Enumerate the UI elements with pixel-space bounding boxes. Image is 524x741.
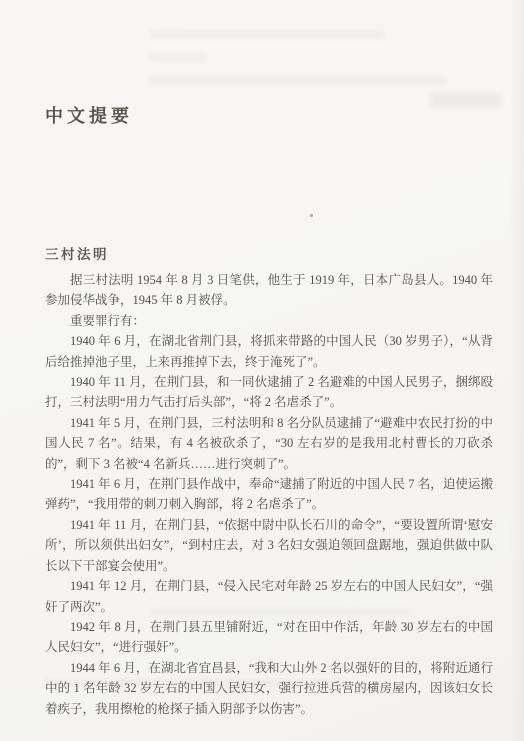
bleedthrough-text xyxy=(150,30,385,39)
abstract-body: 据三村法明 1954 年 8 月 3 日笔供，他生于 1919 年，日本广岛县人… xyxy=(45,270,493,719)
paragraph-1941-11: 1941 年 11 月，在荆门县，“依据中尉中队长石川的命令”，“要设置所谓‘慰… xyxy=(45,515,493,576)
document-page: 中文提要 三村法明 据三村法明 1954 年 8 月 3 日笔供，他生于 191… xyxy=(0,0,524,741)
paragraph-lead-in: 重要罪行有： xyxy=(45,311,493,331)
bleedthrough-text xyxy=(148,53,208,61)
paragraph-1944-06: 1944 年 6 月，在湖北省宜昌县，“我和大山外 2 名以强奸的目的，将附近通… xyxy=(45,658,493,719)
bleedthrough-text xyxy=(148,76,448,85)
paragraph-1941-12: 1941 年 12 月，在荆门县，“侵入民宅对年龄 25 岁左右的中国人民妇女”… xyxy=(45,576,493,617)
page-title: 中文提要 xyxy=(45,102,133,128)
paragraph-1941-05: 1941 年 5 月，在荆门县，三村法明和 8 名分队员逮捕了“避难中农民打扮的… xyxy=(45,413,493,474)
page-edge-shadow xyxy=(510,0,524,741)
paragraph-1942-08: 1942 年 8 月，在荆门县五里铺附近，“对在田中作活，年龄 30 岁左右的中… xyxy=(45,617,493,658)
bleedthrough-text xyxy=(430,92,502,108)
paragraph-bio: 据三村法明 1954 年 8 月 3 日笔供，他生于 1919 年，日本广岛县人… xyxy=(45,270,493,311)
paragraph-1940-11: 1940 年 11 月，在荆门县，和一同伙逮捕了 2 名避难的中国人民男子，捆绑… xyxy=(45,372,493,413)
paragraph-1941-06: 1941 年 6 月，在荆门县作战中，奉命“逮捕了附近的中国人民 7 名，迫使运… xyxy=(45,474,493,515)
person-name-heading: 三村法明 xyxy=(45,243,109,263)
paragraph-1940-06: 1940 年 6 月，在湖北省荆门县，将抓来带路的中国人民（30 岁男子），“从… xyxy=(45,331,493,372)
scan-speck xyxy=(310,214,313,217)
